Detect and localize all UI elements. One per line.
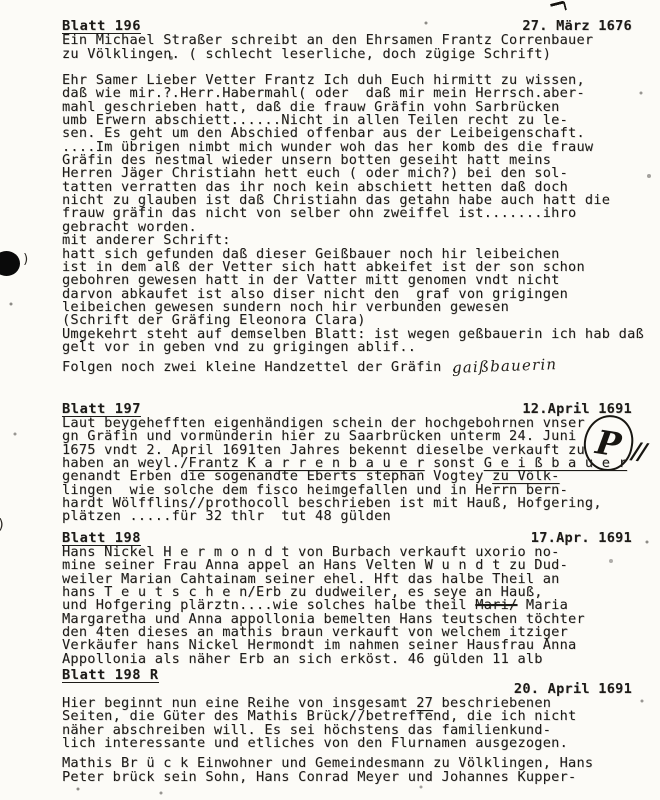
text-line: gelt vor in geben vnd zu grigingen ablif… — [62, 341, 646, 354]
section-blatt-196: Blatt 19627. März 1676Ein Michael Straße… — [62, 20, 646, 375]
ink-stroke-mark — [550, 0, 567, 13]
text-line: zu Völklingen. ( schlecht leserliche, do… — [62, 48, 646, 61]
margin-paren-mark: ) — [22, 252, 30, 267]
text-column: Blatt 19627. März 1676Ein Michael Straße… — [62, 20, 646, 784]
text-line: Folgen noch zwei kleine Handzettel der G… — [62, 361, 646, 374]
text-line: Peter brück sein Sohn, Hans Conrad Meyer… — [62, 771, 646, 784]
text-line: plätzen .....für 32 thlr tut 48 gülden — [62, 510, 646, 523]
section-blatt-198-r: Blatt 198 R20. April 1691Hier beginnt nu… — [62, 669, 646, 784]
text-line: lich interessante und etliches von den F… — [62, 737, 646, 750]
entry-date: 12.April 1691 — [522, 403, 632, 416]
entry-date: 17.Apr. 1691 — [531, 532, 632, 545]
section-blatt-197: Blatt 19712.April 1691Laut beygehefften … — [62, 403, 646, 524]
entry-date: 27. März 1676 — [522, 20, 632, 33]
text-line: Appollonia als näher Erb an sich erköst.… — [62, 653, 646, 666]
hole-punch-mark — [0, 251, 20, 276]
margin-paren-mark: ) — [0, 517, 5, 533]
section-blatt-198: Blatt 19817.Apr. 1691Hans Nickel H e r m… — [62, 532, 646, 666]
scan-specks — [0, 0, 2, 2]
scanned-page: ) ) P gaißbauerin // Blatt 19627. März 1… — [0, 0, 660, 800]
blatt-heading: Blatt 198 R — [62, 669, 159, 683]
